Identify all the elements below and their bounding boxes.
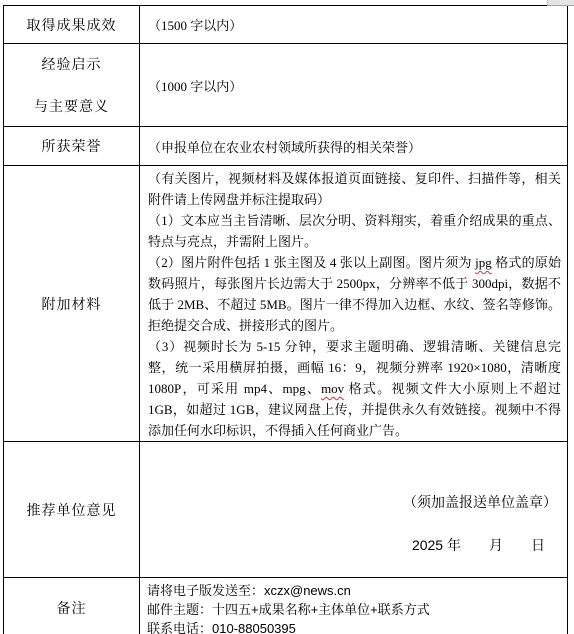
application-form-table: 取得成果成效 （1500 字以内） 经验启示 与主要意义 （1000 字以内） … xyxy=(3,5,568,634)
label-honors: 所获荣誉 xyxy=(4,127,140,166)
label-additional-materials: 附加材料 xyxy=(4,166,140,442)
row-remarks: 备注 请将电子版发送至：xczx@news.cn 邮件主题：十四五+成果名称+主… xyxy=(4,578,568,634)
label-remarks: 备注 xyxy=(4,578,140,634)
content-achievements: （1500 字以内） xyxy=(140,6,568,44)
label-achievements: 取得成果成效 xyxy=(4,6,140,44)
label-experience-line2: 与主要意义 xyxy=(34,96,109,116)
document-page: 取得成果成效 （1500 字以内） 经验启示 与主要意义 （1000 字以内） … xyxy=(0,0,574,634)
misspelled-word-mov: mov xyxy=(321,381,344,396)
signature-date-line: 2025 年 月 日 xyxy=(412,535,567,555)
additional-paragraph-text-req: （1）文本应当主旨清晰、层次分明、资料翔实，着重介绍成果的重点、特点与亮点，并需… xyxy=(148,210,561,252)
row-experience: 经验启示 与主要意义 （1000 字以内） xyxy=(4,44,568,127)
row-recommendation: 推荐单位意见 （须加盖报送单位盖章） 2025 年 月 日 xyxy=(4,442,568,578)
content-experience: （1000 字以内） xyxy=(140,44,568,127)
additional-paragraph-image-req: （2）图片附件包括 1 张主图及 4 张以上副图。图片须为 jpg 格式的原始数… xyxy=(148,252,561,336)
remarks-email-line: 请将电子版发送至：xczx@news.cn xyxy=(147,581,561,600)
misspelled-word-jpg: jpg xyxy=(475,255,492,270)
row-achievements: 取得成果成效 （1500 字以内） xyxy=(4,6,568,44)
additional-paragraph-attachments: （有关图片，视频材料及媒体报道页面链接、复印件、扫描件等，相关附件请上传网盘并标… xyxy=(148,168,561,210)
remarks-phone-line: 联系电话：010-88050395 xyxy=(147,619,561,634)
stamp-requirement-note: （须加盖报送单位盖章） xyxy=(403,492,567,512)
window-corner-fragment xyxy=(547,0,574,6)
row-honors: 所获荣誉 （申报单位在农业农村领域所获得的相关荣誉） xyxy=(4,127,568,166)
image-req-text: （2）图片附件包括 1 张主图及 4 张以上副图。图片须为 xyxy=(148,255,475,270)
content-recommendation: （须加盖报送单位盖章） 2025 年 月 日 xyxy=(140,442,568,578)
label-experience: 经验启示 与主要意义 xyxy=(4,44,140,127)
row-additional-materials: 附加材料 （有关图片，视频材料及媒体报道页面链接、复印件、扫描件等，相关附件请上… xyxy=(4,166,568,442)
content-honors: （申报单位在农业农村领域所获得的相关荣誉） xyxy=(140,127,568,166)
content-additional-materials: （有关图片，视频材料及媒体报道页面链接、复印件、扫描件等，相关附件请上传网盘并标… xyxy=(140,166,568,442)
label-recommendation: 推荐单位意见 xyxy=(4,442,140,578)
label-experience-line1: 经验启示 xyxy=(42,54,102,74)
additional-paragraph-video-req: （3）视频时长为 5-15 分钟，要求主题明确、逻辑清晰、关键信息完整，统一采用… xyxy=(148,336,561,441)
content-remarks: 请将电子版发送至：xczx@news.cn 邮件主题：十四五+成果名称+主体单位… xyxy=(140,578,568,634)
remarks-subject-line: 邮件主题：十四五+成果名称+主体单位+联系方式 xyxy=(147,600,561,619)
